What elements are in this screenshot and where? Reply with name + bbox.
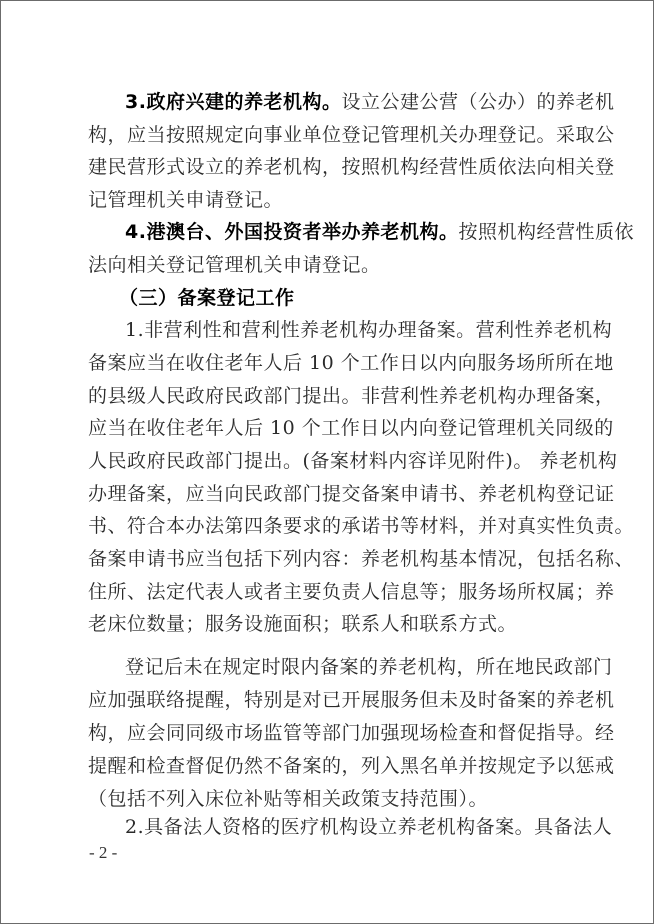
paragraph-line: （包括不列入床位补贴等相关政策支持范围）。 bbox=[88, 784, 555, 814]
item-title: 3.政府兴建的养老机构。 bbox=[125, 91, 341, 113]
paragraph-line: 1.非营利性和营利性养老机构办理备案。营利性养老机构 bbox=[125, 315, 555, 345]
item-text: 按照机构经营性质依 bbox=[458, 221, 634, 243]
paragraph-line: 老床位数量；服务设施面积；联系人和联系方式。 bbox=[88, 609, 555, 639]
section-heading: （三）备案登记工作 bbox=[119, 283, 586, 313]
paragraph-line: 法向相关登记管理机关申请登记。 bbox=[88, 250, 555, 280]
paragraph-line: 备案应当在收住老年人后 10 个工作日以内向服务场所所在地 bbox=[88, 348, 555, 378]
paragraph-line: 住所、法定代表人或者主要负责人信息等；服务场所权属；养 bbox=[88, 577, 555, 607]
paragraph-line: 提醒和检查督促仍然不备案的，列入黑名单并按规定予以惩戒 bbox=[88, 751, 555, 781]
item-title: 4.港澳台、外国投资者举办养老机构。 bbox=[125, 221, 458, 243]
document-page: 3.政府兴建的养老机构。设立公建公营（公办）的养老机 构，应当按照规定向事业单位… bbox=[0, 0, 654, 924]
paragraph-line: 书、符合本办法第四条要求的承诺书等材料，并对真实性负责。 bbox=[88, 511, 555, 541]
paragraph-line: 建民营形式设立的养老机构，按照机构经营性质依法向相关登 bbox=[88, 152, 555, 182]
paragraph-line: 3.政府兴建的养老机构。设立公建公营（公办）的养老机 bbox=[125, 87, 555, 117]
paragraph-line: 构，应当按照规定向事业单位登记管理机关办理登记。采取公 bbox=[88, 120, 555, 150]
paragraph-line: 人民政府民政部门提出。(备案材料内容详见附件)。 养老机构 bbox=[88, 446, 555, 476]
paragraph-line: 应加强联络提醒，特别是对已开展服务但未及时备案的养老机 bbox=[88, 685, 555, 715]
paragraph-line: 的县级人民政府民政部门提出。非营利性养老机构办理备案， bbox=[88, 381, 555, 411]
paragraph-line: 4.港澳台、外国投资者举办养老机构。按照机构经营性质依 bbox=[125, 217, 555, 247]
paragraph-line: 构，应会同同级市场监管等部门加强现场检查和督促指导。经 bbox=[88, 718, 555, 748]
paragraph-line: 备案申请书应当包括下列内容：养老机构基本情况，包括名称、 bbox=[88, 544, 555, 574]
paragraph-line: 登记后未在规定时限内备案的养老机构，所在地民政部门 bbox=[125, 652, 555, 682]
paragraph-line: 应当在收住老年人后 10 个工作日以内向登记管理机关同级的 bbox=[88, 413, 555, 443]
item-text: 设立公建公营（公办）的养老机 bbox=[341, 91, 614, 113]
paragraph-line: 2.具备法人资格的医疗机构设立养老机构备案。具备法人 bbox=[125, 812, 555, 842]
page-number: - 2 - bbox=[89, 843, 117, 863]
paragraph-line: 办理备案，应当向民政部门提交备案申请书、养老机构登记证 bbox=[88, 479, 555, 509]
paragraph-line: 记管理机关申请登记。 bbox=[88, 185, 555, 215]
